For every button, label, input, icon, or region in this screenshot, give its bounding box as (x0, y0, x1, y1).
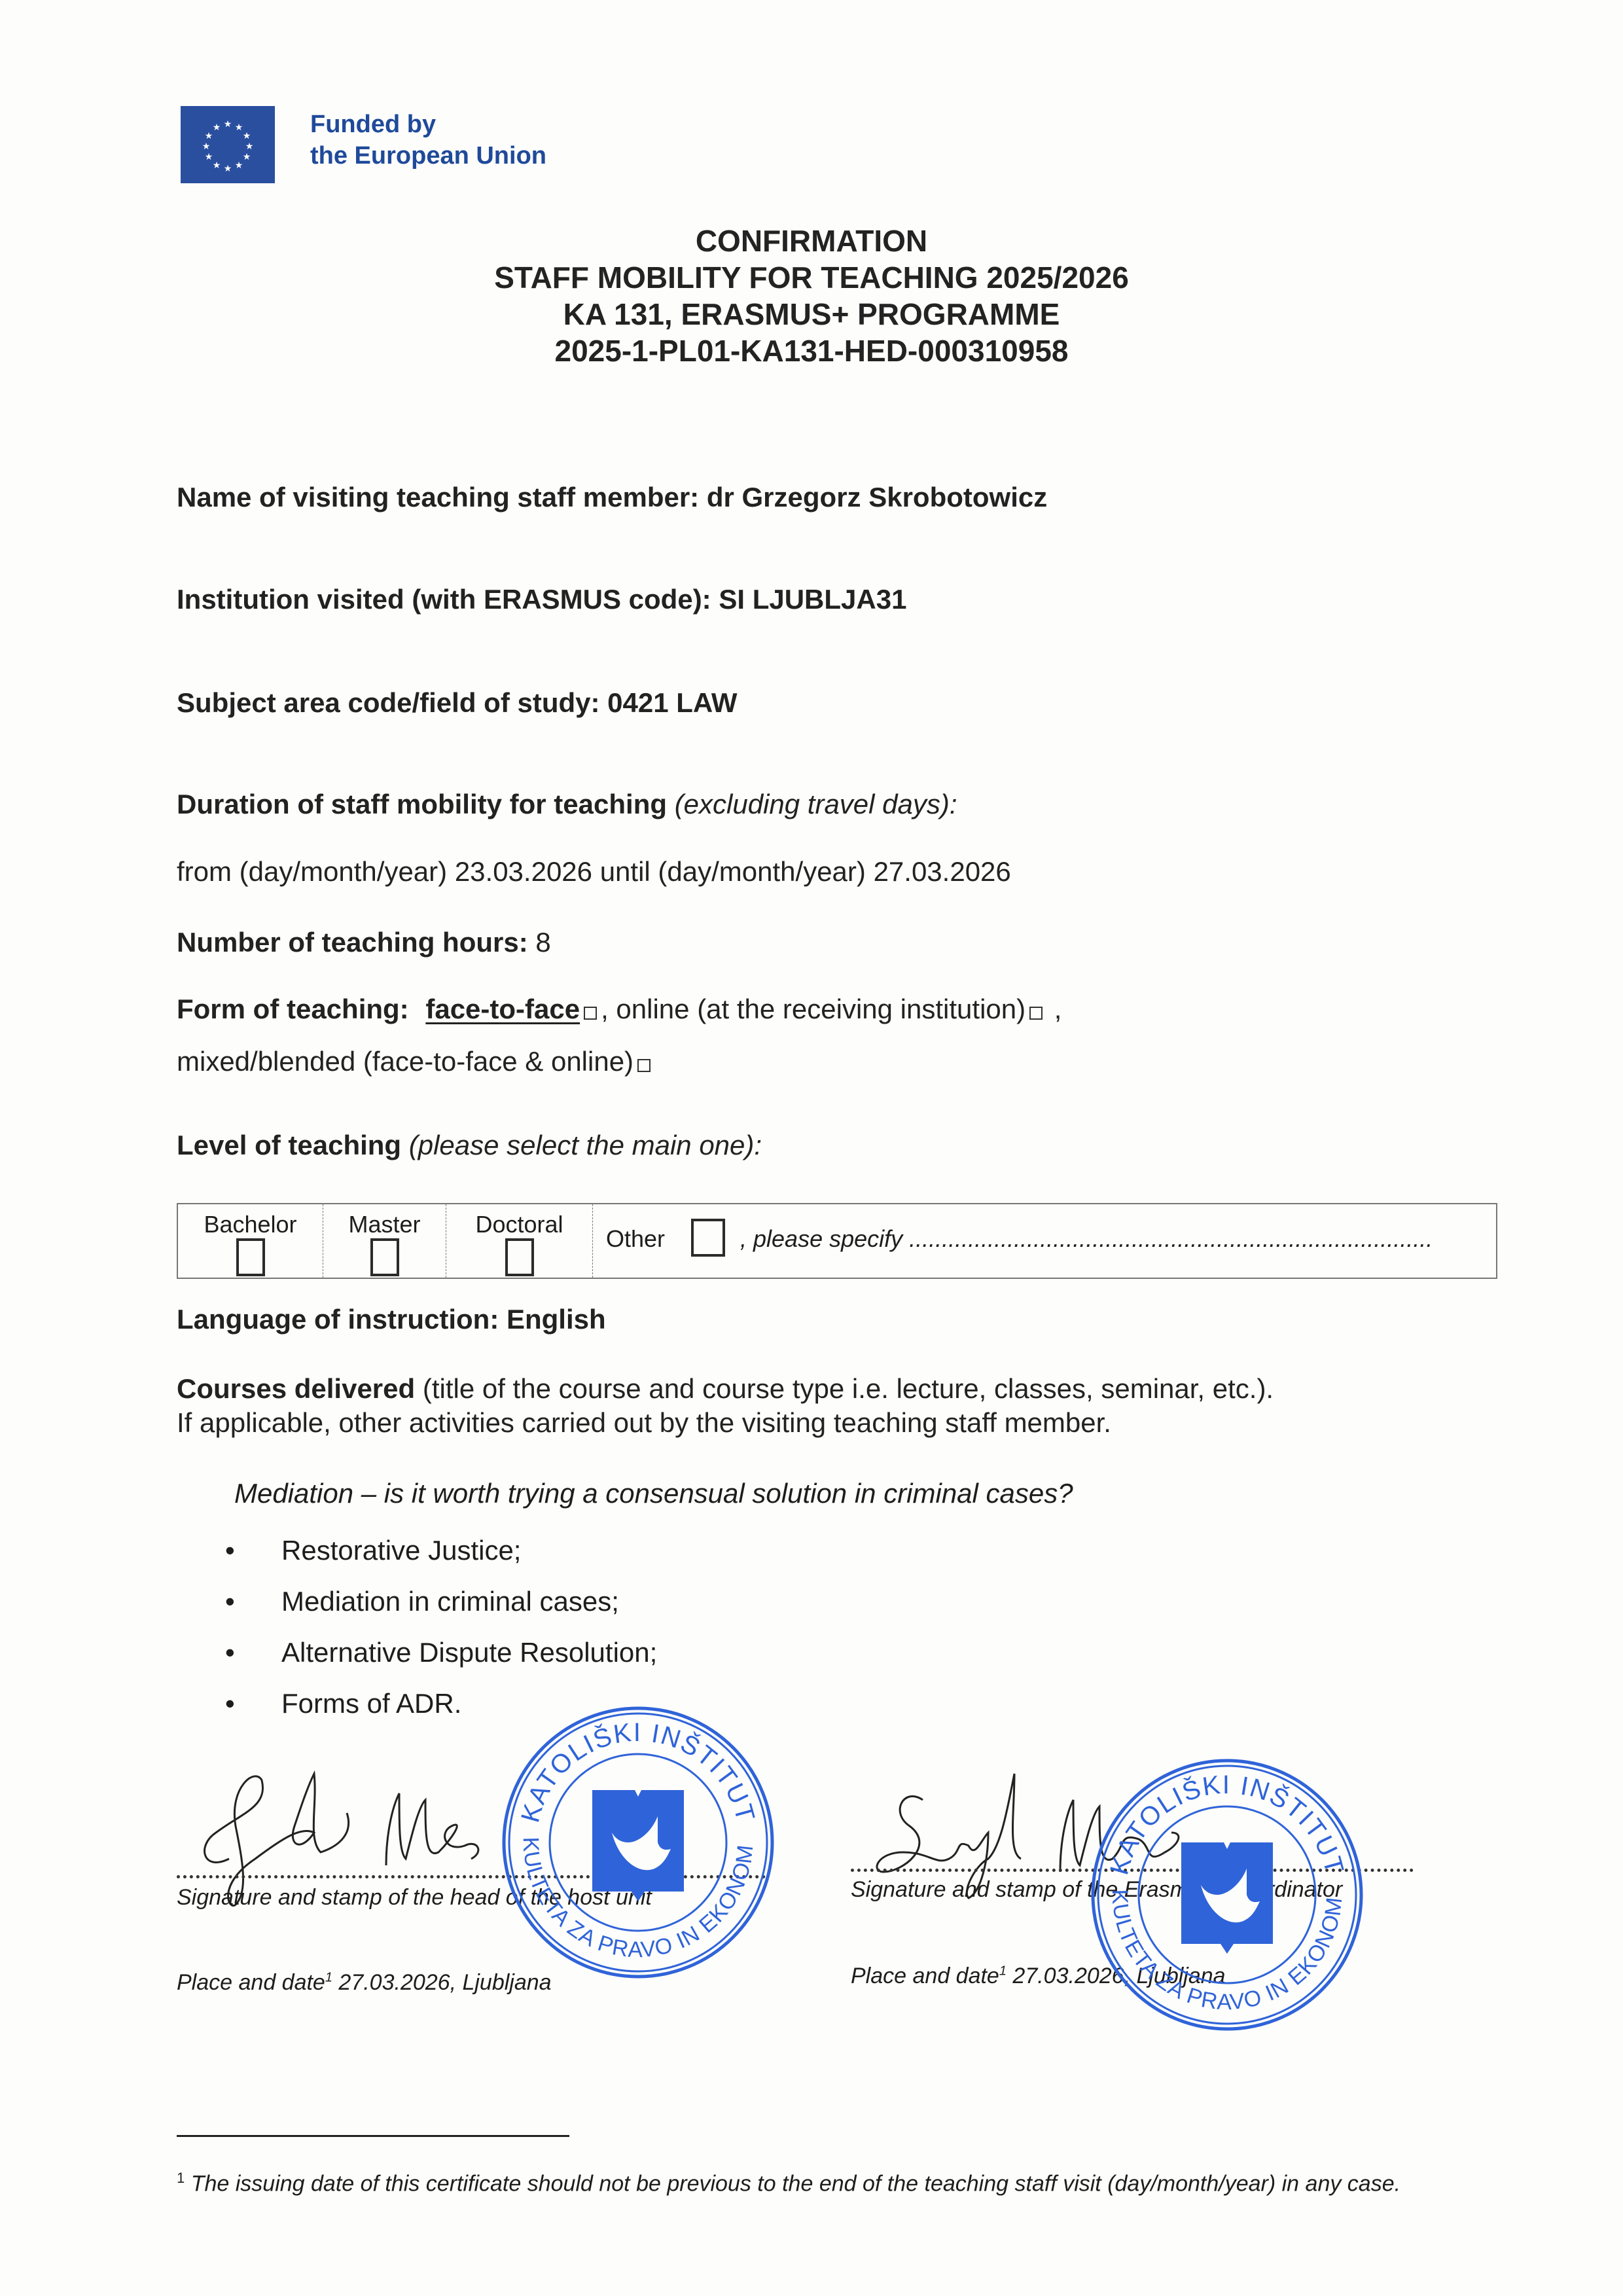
svg-text:★: ★ (205, 131, 213, 141)
staff-name-field: Name of visiting teaching staff member: … (177, 480, 1047, 514)
duration-label: Duration of staff mobility for teaching (177, 789, 667, 819)
form-option-mixed: mixed/blended (face-to-face & online) (177, 1046, 633, 1077)
duration-heading: Duration of staff mobility for teaching … (177, 787, 957, 821)
hours-value: 8 (535, 927, 550, 958)
svg-text:★: ★ (202, 141, 211, 152)
place-date-host: Place and date1 27.03.2026, Ljubljana (177, 1970, 552, 1996)
checkbox-bachelor[interactable] (236, 1238, 265, 1276)
level-bachelor: Bachelor (178, 1204, 323, 1278)
place-date-label: Place and date (177, 1970, 325, 1995)
svg-text:★: ★ (245, 141, 254, 152)
svg-text:★: ★ (243, 152, 251, 162)
svg-text:★: ★ (224, 164, 232, 174)
level-note: (please select the main one): (409, 1130, 762, 1160)
language-field: Language of instruction: English (177, 1302, 606, 1336)
funder-line-1: Funded by (310, 109, 546, 140)
list-item: Mediation in criminal cases; (223, 1576, 657, 1627)
eu-flag-icon: ★ ★ ★ ★ ★ ★ ★ ★ ★ ★ ★ ★ (181, 106, 275, 183)
level-master: Master (323, 1204, 446, 1278)
svg-text:★: ★ (213, 122, 221, 133)
institution-field: Institution visited (with ERASMUS code):… (177, 583, 906, 617)
certificate-page: ★ ★ ★ ★ ★ ★ ★ ★ ★ ★ ★ ★ Funded by the Eu… (0, 0, 1623, 2296)
courses-label: Courses delivered (177, 1373, 415, 1404)
title-line-3: KA 131, ERASMUS+ PROGRAMME (0, 296, 1623, 332)
duration-note: (excluding travel days): (675, 789, 957, 819)
level-label: Level of teaching (177, 1130, 401, 1160)
checkbox-doctoral[interactable] (505, 1238, 534, 1276)
checkbox-master[interactable] (370, 1238, 399, 1276)
funder-text: Funded by the European Union (310, 109, 546, 171)
institution-label: Institution visited (with ERASMUS code): (177, 584, 711, 615)
footnote-divider (177, 2135, 569, 2137)
form-of-teaching-line-2: mixed/blended (face-to-face & online) (177, 1045, 654, 1079)
level-other-label: Other (606, 1225, 665, 1253)
institution-stamp-icon: KATOLIŠKI INŠTITUT FAKULTETA ZA PRAVO IN… (497, 1702, 779, 1983)
place-date-label: Place and date (851, 1964, 999, 1988)
level-heading: Level of teaching (please select the mai… (177, 1128, 762, 1162)
form-option-comma: , (1046, 994, 1061, 1024)
svg-text:★: ★ (205, 152, 213, 162)
from-date: 23.03.2026 (455, 856, 592, 887)
checkbox-other[interactable] (691, 1219, 725, 1257)
other-specify-field[interactable]: , please specify .......................… (740, 1225, 1433, 1253)
level-table: Bachelor Master Doctoral Other , please … (177, 1203, 1497, 1279)
document-title: CONFIRMATION STAFF MOBILITY FOR TEACHING… (0, 223, 1623, 369)
level-bachelor-label: Bachelor (178, 1211, 323, 1238)
footnote-ref: 1 (999, 1964, 1007, 1979)
title-line-2: STAFF MOBILITY FOR TEACHING 2025/2026 (0, 259, 1623, 296)
footnote-text: The issuing date of this certificate sho… (185, 2171, 1400, 2196)
courses-note-2: If applicable, other activities carried … (177, 1406, 1111, 1440)
from-label: from (day/month/year) (177, 856, 447, 887)
list-item: Restorative Justice; (223, 1525, 657, 1576)
institution-value: SI LJUBLJA31 (719, 584, 906, 615)
subject-field: Subject area code/field of study: 0421 L… (177, 686, 738, 720)
checkbox-online[interactable] (1029, 1007, 1043, 1020)
subject-value: 0421 LAW (607, 687, 737, 718)
coordinator-stamp-icon: KATOLIŠKI INŠTITUT FAKULTETA ZA PRAVO IN… (1086, 1754, 1368, 2036)
level-other: Other , please specify .................… (593, 1204, 1496, 1278)
course-title: Mediation – is it worth trying a consens… (234, 1478, 1073, 1509)
funder-line-2: the European Union (310, 140, 546, 171)
level-doctoral: Doctoral (446, 1204, 593, 1278)
footnote: 1 The issuing date of this certificate s… (177, 2160, 1486, 2202)
language-label: Language of instruction: (177, 1304, 499, 1335)
svg-text:★: ★ (243, 131, 251, 141)
svg-text:★: ★ (235, 160, 243, 171)
staff-name-label: Name of visiting teaching staff member: (177, 482, 699, 512)
language-value: English (507, 1304, 606, 1335)
footnote-ref: 1 (325, 1971, 332, 1985)
courses-note-2-text: If applicable, other activities carried … (177, 1407, 1111, 1438)
hours-label: Number of teaching hours: (177, 927, 528, 958)
duration-dates: from (day/month/year) 23.03.2026 until (… (177, 855, 1011, 889)
level-doctoral-label: Doctoral (446, 1211, 592, 1238)
title-line-1: CONFIRMATION (0, 223, 1623, 259)
list-item: Alternative Dispute Resolution; (223, 1627, 657, 1678)
course-list: Restorative Justice; Mediation in crimin… (223, 1525, 657, 1729)
title-line-4: 2025-1-PL01-KA131-HED-000310958 (0, 332, 1623, 369)
checkbox-face-to-face[interactable] (584, 1007, 597, 1020)
svg-text:★: ★ (213, 160, 221, 171)
form-option-online: , online (at the receiving institution) (601, 994, 1026, 1024)
until-date: 27.03.2026 (874, 856, 1011, 887)
form-label: Form of teaching: (177, 994, 409, 1024)
subject-label: Subject area code/field of study: (177, 687, 599, 718)
checkbox-mixed[interactable] (637, 1059, 651, 1072)
level-master-label: Master (323, 1211, 446, 1238)
staff-name-value: dr Grzegorz Skrobotowicz (707, 482, 1047, 512)
form-option-face-to-face: face-to-face (425, 994, 580, 1024)
courses-note: (title of the course and course type i.e… (423, 1373, 1274, 1404)
hours-field: Number of teaching hours: 8 (177, 925, 551, 960)
until-label: until (day/month/year) (600, 856, 866, 887)
form-of-teaching-field: Form of teaching: face-to-face, online (… (177, 992, 1061, 1026)
courses-heading: Courses delivered (title of the course a… (177, 1372, 1274, 1406)
svg-text:★: ★ (224, 119, 232, 130)
footnote-marker: 1 (177, 2170, 185, 2186)
svg-text:★: ★ (235, 122, 243, 133)
